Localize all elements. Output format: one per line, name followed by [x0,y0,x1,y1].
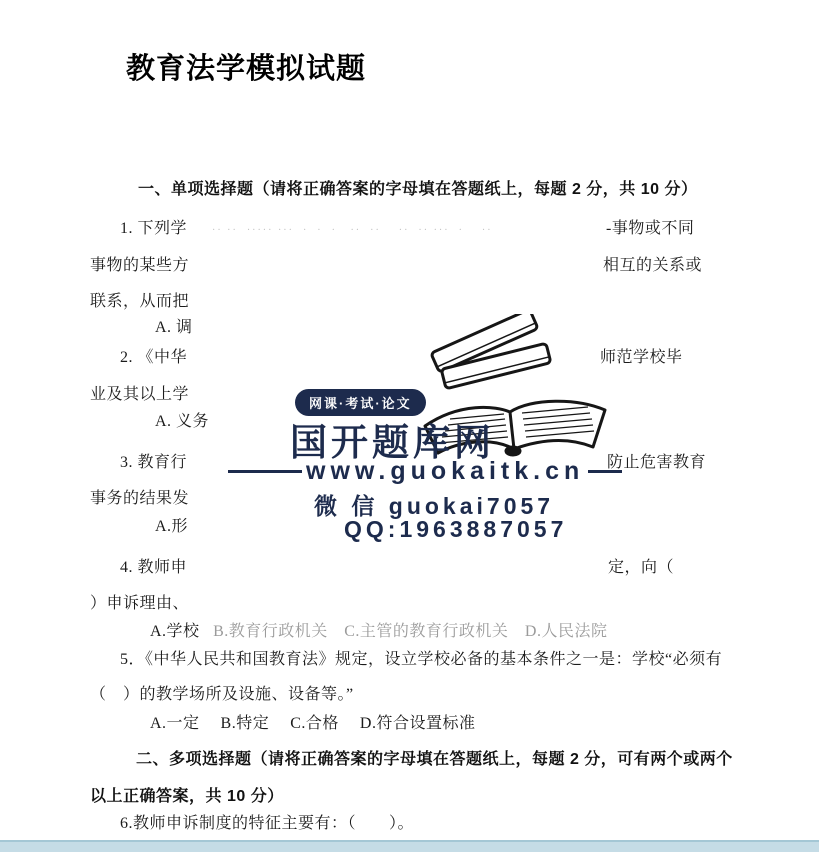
q5-options-row: A.一定 B.特定 C.合格 D.符合设置标准 [150,716,475,732]
bottom-bar[interactable] [0,840,819,852]
q4-options-bcd-faded: B.教育行政机关 C.主管的教育行政机关 D.人民法院 [213,623,607,640]
q2-line2-left: 业及其以上学 [90,387,189,403]
section-1-heading: 一、单项选择题（请将正确答案的字母填在答题纸上，每题 2 分，共 10 分） [138,176,698,199]
watermark-rule-right [588,470,622,473]
section-2-heading-cont: 以上正确答案，共 10 分） [90,783,284,806]
q3-line1-left: 3. 教育行 [120,455,187,471]
q1-line1-right: -事物或不同 [606,221,694,237]
watermark-qq: QQ:1963887057 [344,516,567,543]
q1-option-a-fragment: A. 调 [155,320,193,336]
exam-document-page: 教育法学模拟试题 一、单项选择题（请将正确答案的字母填在答题纸上，每题 2 分，… [0,0,819,852]
q4-line2-left: ）申诉理由、 [90,596,189,612]
q1-line2-left: 事物的某些方 [90,258,189,274]
q6-line1: 6.教师申诉制度的特征主要有：（ ）。 [120,816,414,832]
section-2-heading: 二、多项选择题（请将正确答案的字母填在答题纸上，每题 2 分，可有两个或两个 [136,746,733,769]
q3-line2-left: 事务的结果发 [90,491,189,507]
section-1-heading-rest: （请将正确答案的字母填在答题纸上，每题 2 分，共 10 分） [254,181,698,198]
q4-options-row: A.学校 B.教育行政机关 C.主管的教育行政机关 D.人民法院 [150,624,607,640]
q1-line1-left: 1. 下列学 [120,221,187,237]
q3-option-a-fragment: A.形 [155,519,188,535]
section-2-heading-bold: 二、多项选择题 [136,751,252,768]
watermark-url: www.guokaitk.cn [306,457,584,486]
q1-line1-obscured-remnant: ·· ·· ····· ··· · · · ·· ·· ·· ·· ··· · … [212,226,493,236]
section-2-heading-rest: （请将正确答案的字母填在答题纸上，每题 2 分，可有两个或两个 [252,751,733,768]
q5-line1: 5．《中华人民共和国教育法》规定，设立学校必备的基本条件之一是：学校“必须有 [120,652,722,668]
q4-line1-right: 定，向（ [608,560,674,576]
q1-line2-right: 相互的关系或 [603,258,702,274]
q5-line2: （ ）的教学场所及设施、设备等。” [90,687,354,703]
q2-option-a-fragment: A. 义务 [155,414,209,430]
section-1-heading-bold: 一、单项选择题 [138,181,254,198]
q4-line1-left: 4. 教师申 [120,560,187,576]
watermark-rule-left [228,470,302,473]
page-title: 教育法学模拟试题 [126,46,366,87]
q2-line1-left: 2. 《中华 [120,350,187,366]
q4-option-a: A.学校 [150,623,200,640]
q1-line3-left: 联系，从而把 [90,294,189,310]
watermark-url-line: www.guokaitk.cn [228,457,622,486]
